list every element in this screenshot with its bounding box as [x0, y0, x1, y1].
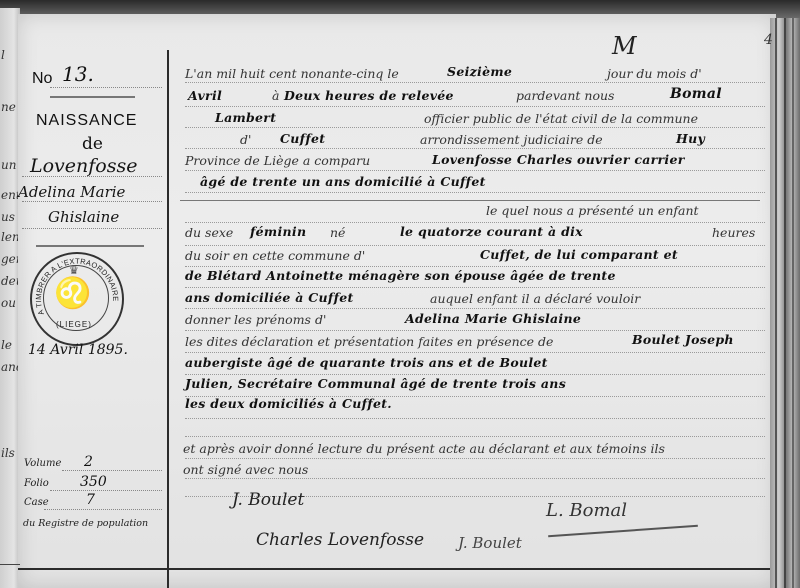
line-rule — [185, 418, 765, 419]
handwritten-text: de Blétard Antoinette ménagère son épous… — [185, 268, 616, 283]
printed-text: à — [272, 88, 279, 103]
given-names-rule-1 — [22, 201, 162, 202]
line-rule — [185, 170, 765, 171]
signature-boulet-1: J. Boulet — [232, 490, 304, 510]
child-given-names-1: Adelina Marie — [18, 183, 125, 201]
handwritten-text: Seizième — [447, 64, 512, 79]
prev-page-fragment: le — [1, 338, 12, 352]
printed-text: jour du mois d' — [607, 66, 702, 81]
register-footer: du Registre de population — [23, 518, 148, 529]
stamp-date: 14 Avril 1895. — [28, 342, 128, 358]
prev-page-fragment: len — [1, 230, 20, 244]
line-rule — [185, 308, 765, 309]
printed-text: d' — [240, 132, 251, 147]
prev-page-fragment: l — [1, 48, 5, 62]
volume-value: 2 — [84, 454, 93, 470]
surname-rule — [22, 176, 162, 177]
line-rule — [185, 330, 765, 331]
closing-text-1: et après avoir donné lecture du présent … — [183, 441, 665, 456]
prev-page-fragment: ou — [1, 296, 16, 310]
line-rule — [185, 374, 765, 375]
folio-rule — [50, 490, 162, 491]
prev-page-fragment: ils — [1, 446, 15, 460]
handwritten-text: les deux domiciliés à Cuffet. — [185, 396, 392, 411]
line-rule — [185, 106, 765, 107]
case-label: Case — [24, 497, 49, 508]
page-number: 4 — [764, 32, 773, 48]
case-rule — [44, 509, 162, 510]
handwritten-text: Julien, Secrétaire Communal âgé de trent… — [185, 376, 566, 391]
stamp-city: (LIEGE) — [56, 320, 92, 329]
prev-page-fragment: ne — [1, 100, 16, 114]
printed-text: Province de Liège a comparu — [185, 153, 370, 168]
entry-heading: NAISSANCE — [36, 112, 137, 130]
child-given-names-2: Ghislaine — [48, 208, 119, 226]
line-rule — [185, 436, 765, 437]
prev-page-fragment: un — [1, 158, 16, 172]
printed-text: du soir en cette commune d' — [185, 248, 365, 263]
handwritten-text: Cuffet, de lui comparant et — [480, 247, 678, 262]
handwritten-text: aubergiste âgé de quarante trois ans et … — [185, 355, 548, 370]
handwritten-text: ans domiciliée à Cuffet — [185, 290, 354, 305]
entry-number-label: No — [32, 70, 52, 88]
number-underline — [50, 96, 135, 98]
section-rule — [36, 245, 144, 247]
book-binding — [770, 18, 800, 588]
handwritten-text: Lovenfosse Charles ouvrier carrier — [432, 152, 685, 167]
printed-text: les dites déclaration et présentation fa… — [185, 334, 553, 349]
handwritten-text: féminin — [250, 224, 306, 239]
line-rule — [185, 222, 765, 223]
printed-text: du sexe — [185, 225, 233, 240]
closing-text-2: ont signé avec nous — [183, 462, 308, 477]
handwritten-text: le quatorze courant à dix — [400, 224, 583, 239]
handwritten-text: Huy — [676, 131, 705, 146]
folio-value: 350 — [80, 474, 107, 490]
handwritten-text: Lambert — [215, 110, 276, 125]
folio-label: Folio — [24, 478, 49, 489]
line-rule — [185, 82, 765, 83]
line-rule — [185, 287, 765, 288]
entry-heading-de: de — [82, 134, 103, 154]
number-rule — [50, 87, 162, 88]
page-bottom-rule — [18, 568, 770, 570]
line-rule — [185, 458, 765, 459]
prev-page-bottom-rule — [0, 564, 20, 565]
prev-page-fragment: us — [1, 210, 15, 224]
handwritten-text: Boulet Joseph — [632, 332, 734, 347]
line-rule — [185, 148, 765, 149]
handwritten-text: Deux heures de relevée — [284, 88, 454, 103]
entry-number-value: 13. — [62, 62, 94, 86]
printed-text: né — [330, 225, 345, 240]
child-surname: Lovenfosse — [30, 155, 138, 177]
volume-rule — [62, 470, 162, 471]
printed-text: L'an mil huit cent nonante-cinq le — [185, 66, 399, 81]
margin-initials: M — [612, 32, 637, 60]
line-rule — [185, 192, 765, 193]
line-rule — [185, 478, 765, 479]
handwritten-text: Avril — [188, 88, 222, 103]
handwritten-text: Bomal — [670, 86, 722, 102]
printed-text: heures — [712, 225, 755, 240]
fill-stroke — [180, 200, 760, 201]
printed-text: le quel nous a présenté un enfant — [486, 203, 699, 218]
line-rule — [185, 127, 765, 128]
signature-lovenfosse: Charles Lovenfosse — [256, 530, 424, 550]
line-rule — [185, 352, 765, 353]
printed-text: officier public de l'état civil de la co… — [424, 111, 698, 126]
column-divider — [167, 50, 169, 588]
case-value: 7 — [86, 492, 95, 508]
line-rule — [185, 245, 765, 246]
lion-emblem-icon: ♌ — [54, 276, 91, 311]
signature-bomal: L. Bomal — [546, 500, 627, 521]
volume-label: Volume — [24, 458, 61, 469]
previous-page-edge: l ne un ent us len gen deur, ou le ancre… — [0, 8, 20, 588]
printed-text: auquel enfant il a déclaré vouloir — [430, 291, 640, 306]
handwritten-text: Adelina Marie Ghislaine — [405, 311, 581, 326]
signature-boulet-2: J. Boulet — [458, 534, 522, 552]
line-rule — [185, 266, 765, 267]
tax-stamp: A TIMBRER A L'EXTRAORDINAIRE ♛ ♌ (LIEGE) — [30, 252, 124, 346]
printed-text: donner les prénoms d' — [185, 312, 326, 327]
handwritten-text: Cuffet — [280, 131, 325, 146]
handwritten-text: âgé de trente un ans domicilié à Cuffet — [200, 174, 486, 189]
printed-text: pardevant nous — [516, 88, 614, 103]
given-names-rule-2 — [22, 228, 162, 229]
printed-text: arrondissement judiciaire de — [420, 132, 603, 147]
